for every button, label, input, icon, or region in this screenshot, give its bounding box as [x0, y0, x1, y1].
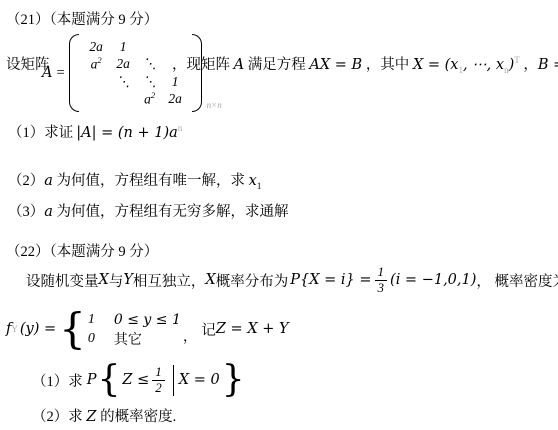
determinant-formula: |A| = (n + 1)a [76, 125, 178, 141]
text: 设随机变量 [26, 270, 99, 291]
matrix-cell: 2a [116, 56, 130, 72]
pmf-lhs: P{X = i} = [290, 272, 371, 288]
text: ， [520, 57, 538, 73]
q21-intro-after: ，现矩阵 A 满足方程 AX = B ，其中 X = (x1, ⋯, xn)T … [172, 53, 558, 75]
text: 概率分布为 [216, 270, 289, 291]
part2-number: （2） [8, 173, 44, 189]
var-a: a [44, 204, 53, 220]
q21-part2: （2）a 为何值，方程组有唯一解，求 x1 [8, 169, 261, 191]
part1-label: （1）求 [32, 370, 83, 391]
q21-part1: （1）求证|A| = (n + 1)an [8, 121, 182, 142]
comma: ， [183, 325, 198, 346]
matrix-var: A [42, 65, 52, 81]
text: ，现矩阵 [172, 57, 234, 73]
event-lhs: Z ≤ [122, 372, 149, 388]
text: 满足方程 [244, 57, 309, 73]
probability-P: P [87, 372, 97, 388]
condition-x-0: X = 0 [179, 372, 220, 388]
subscript-Y: Y [11, 325, 18, 334]
part3-number: （3） [8, 204, 44, 220]
fraction-one-third: 1 3 [375, 265, 388, 296]
case1-condition: 0 ≤ y ≤ 1 [114, 312, 181, 328]
text: 与 [109, 270, 124, 291]
prob-right-brace: } [222, 362, 245, 398]
matrix-cell: ⋱ [143, 74, 157, 90]
text-remark: 记 [201, 319, 216, 340]
matrix-cell: 2a [168, 91, 182, 107]
part2-label: （2）求 [32, 409, 86, 425]
matrix-cell: 1 [172, 74, 179, 90]
case2-condition: 其它 [114, 329, 181, 349]
matrix-size-subscript: n×n [207, 100, 222, 110]
var-a: a [44, 173, 53, 189]
exam-document: （21）（本题满分 9 分） 设矩阵 A = 2a 1 a2 2a ⋱ ⋱ ⋱ … [0, 0, 558, 430]
fraction-one-half: 1 2 [152, 365, 165, 396]
matrix-cell: a2 [144, 91, 155, 108]
part1-label: （1）求证 [8, 125, 73, 141]
vector-b: B = (1,0,⋯,0) [538, 57, 558, 73]
q21-header: （21）（本题满分 9 分） [6, 8, 158, 29]
text: 为何值，方程组有无穷多解，求通解 [53, 204, 289, 220]
matrix-cell: a2 [91, 56, 102, 73]
cases-left-brace: { [59, 308, 86, 350]
cases-grid: 1 0 ≤ y ≤ 1 0 其它 [88, 310, 181, 348]
text: 相互独立， [133, 270, 206, 291]
var-A: A [234, 57, 244, 73]
z-definition: Z = X + Y [216, 321, 289, 337]
matrix-cell: ⋱ [116, 74, 130, 90]
matrix-cell: ⋱ [143, 56, 157, 72]
case1-value: 1 [88, 312, 95, 328]
matrix-cell: 2a [89, 39, 103, 55]
equation-ax-b: AX = B [309, 57, 362, 73]
text: 的概率密度. [96, 409, 176, 425]
vector-x-open: X = (x [413, 57, 459, 73]
q22-density-definition: f Y (y) = { 1 0 ≤ y ≤ 1 0 其它 ， 记 Z = X +… [6, 306, 289, 352]
var-X: X [99, 272, 109, 288]
case2-value: 0 [88, 331, 95, 347]
subscript-1: 1 [257, 181, 262, 191]
text: ，其中 [362, 57, 413, 73]
fraction-numerator: 1 [152, 365, 165, 381]
var-Y: Y [123, 272, 133, 288]
conditional-bar [173, 365, 174, 396]
matrix-equals: = [56, 65, 64, 82]
text: 为何值，方程组有唯一解，求 [53, 173, 249, 189]
q21-part3: （3）a 为何值，方程组有无穷多解，求通解 [8, 200, 289, 221]
var-x: x [249, 173, 257, 189]
fraction-denominator: 2 [155, 381, 162, 396]
text: ， 概率密度为 [476, 270, 558, 291]
matrix-cell: 1 [120, 39, 127, 55]
matrix-left-paren [69, 34, 79, 112]
function-args: (y) = [20, 321, 56, 337]
q22-part1: （1）求 P { Z ≤ 1 2 X = 0 } [32, 361, 245, 399]
q22-intro: 设随机变量 X 与 Y 相互独立， X 概率分布为 P{X = i} = 1 3… [26, 261, 558, 299]
q22-header: （22）（本题满分 9 分） [6, 240, 158, 261]
exponent-n: n [178, 123, 183, 133]
prob-left-brace: { [98, 362, 121, 398]
var-X: X [205, 272, 215, 288]
fraction-numerator: 1 [375, 265, 388, 281]
q22-part2: （2）求 Z 的概率密度. [32, 405, 176, 426]
var-Z: Z [86, 409, 96, 425]
fraction-denominator: 3 [378, 281, 385, 296]
pmf-range: (i = −1,0,1) [390, 272, 476, 288]
vector-x-mid: , ⋯, x [463, 57, 504, 73]
